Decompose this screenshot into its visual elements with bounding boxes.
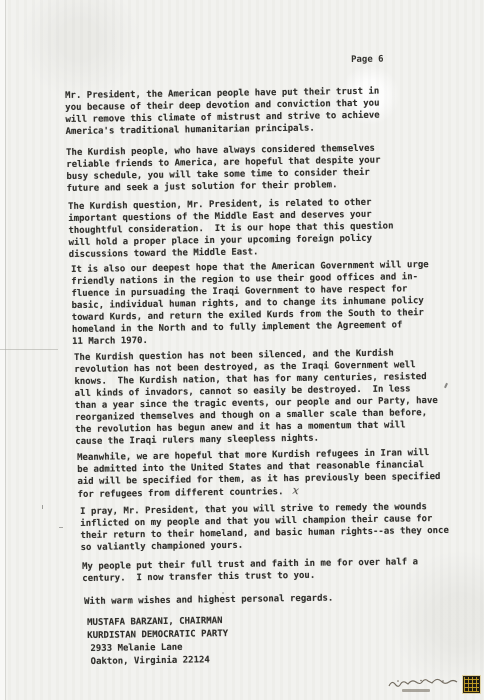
paragraph-text: It is also our deepest hope that the Ame… xyxy=(71,260,429,347)
paragraph-trust: Mr. President, the American people have … xyxy=(65,84,476,138)
paragraph-text: The Kurdish people, who have always cons… xyxy=(66,144,381,194)
signature-block: MUSTAFA BARZANI, CHAIRMAN KURDISTAN DEMO… xyxy=(87,615,229,669)
closing-text: With warm wishes and highest personal re… xyxy=(84,594,333,607)
paragraph-deepest-hope: It is also our deepest hope that the Ame… xyxy=(71,258,482,348)
archive-watermark xyxy=(388,674,480,696)
scan-speck xyxy=(42,505,43,509)
watermark-subtext-line xyxy=(402,689,430,692)
paragraph-text: Mr. President, the American people have … xyxy=(65,87,380,137)
signature-org: KURDISTAN DEMOCRATIC PARTY xyxy=(87,628,228,643)
paragraph-text: I pray, Mr. President, that you will str… xyxy=(80,502,449,553)
paragraph-kurdish-people: The Kurdish people, who have always cons… xyxy=(66,141,477,195)
closing-line: With warm wishes and highest personal re… xyxy=(84,590,484,608)
signature-city: Oakton, Virginia 22124 xyxy=(91,654,229,669)
scan-speck xyxy=(59,527,63,528)
paragraph-text: My people put their full trust and faith… xyxy=(82,557,418,584)
paragraph-refugees: Meanwhile, we are hopeful that more Kurd… xyxy=(77,446,484,501)
fold-line-artifact xyxy=(0,349,58,350)
square-kufic-stamp-icon xyxy=(463,676,480,693)
handwritten-x-mark: x xyxy=(292,485,300,498)
paragraph-text: The Kurdish question, Mr. President, is … xyxy=(68,198,394,260)
paragraph-trust-transfer: My people put their full trust and faith… xyxy=(82,555,484,585)
paragraph-revolution: The Kurdish question has not been silenc… xyxy=(74,346,484,448)
paragraph-pray: I pray, Mr. President, that you will str… xyxy=(80,500,484,554)
paragraph-text: The Kurdish question has not been silenc… xyxy=(74,349,438,447)
paragraph-text: Meanwhile, we are hopeful that more Kurd… xyxy=(77,448,440,500)
scanned-letter-page: Page 6 Mr. President, the American peopl… xyxy=(0,0,484,700)
page-number: Page 6 xyxy=(351,55,384,65)
paper-edge-line xyxy=(5,0,6,700)
paragraph-kurdish-question: The Kurdish question, Mr. President, is … xyxy=(68,195,479,261)
